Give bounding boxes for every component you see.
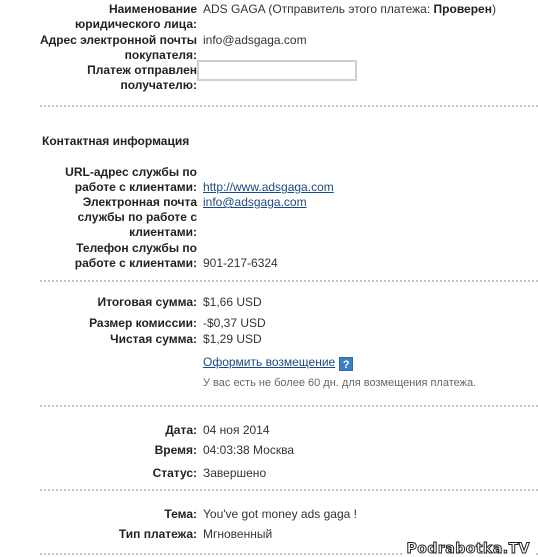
buyer-email-label: Адрес электронной почтыпокупателя: xyxy=(40,33,197,63)
refund-row: Оформить возмещение? xyxy=(203,355,353,371)
legal-name-value: ADS GAGA (Отправитель этого платежа: Про… xyxy=(203,2,496,17)
support-email-label: Электронная почтаслужбы по работе склиен… xyxy=(78,195,197,240)
redacted-recipient-box xyxy=(197,60,357,81)
support-url-label: URL-адрес службы поработе с клиентами: xyxy=(65,165,197,195)
total-amount-value: $1,66 USD xyxy=(203,295,262,310)
divider xyxy=(40,489,538,491)
status-value: Завершено xyxy=(203,466,266,481)
date-value: 04 ноя 2014 xyxy=(203,423,270,438)
payment-type-value: Мгновенный xyxy=(203,527,272,542)
divider xyxy=(40,280,538,282)
legal-name-label: Наименованиеюридического лица: xyxy=(75,2,197,32)
total-amount-label: Итоговая сумма: xyxy=(97,295,197,310)
status-label: Статус: xyxy=(153,466,197,481)
support-url-value[interactable]: http://www.adsgaga.com xyxy=(203,180,334,195)
fee-label: Размер комиссии: xyxy=(89,316,197,331)
divider xyxy=(40,105,538,107)
time-value: 04:03:38 Москва xyxy=(203,443,294,458)
support-url-link[interactable]: http://www.adsgaga.com xyxy=(203,180,334,194)
verified-status: Проверен xyxy=(434,2,492,16)
divider xyxy=(40,405,538,407)
contact-section-title: Контактная информация xyxy=(42,134,189,148)
buyer-email-value: info@adsgaga.com xyxy=(203,33,307,48)
payment-type-label: Тип платежа: xyxy=(119,527,197,542)
sent-to-label: Платеж отправленполучателю: xyxy=(87,63,197,93)
support-phone-label: Телефон службы поработе с клиентами: xyxy=(75,241,197,271)
support-email-value[interactable]: info@adsgaga.com xyxy=(203,195,307,210)
refund-link[interactable]: Оформить возмещение xyxy=(203,355,335,369)
watermark: Podrabotka.TV xyxy=(402,541,534,557)
support-phone-value: 901-217-6324 xyxy=(203,256,278,271)
date-label: Дата: xyxy=(165,423,197,438)
support-email-link[interactable]: info@adsgaga.com xyxy=(203,195,307,209)
refund-note: У вас есть не более 60 дн. для возмещени… xyxy=(203,377,476,389)
net-amount-value: $1,29 USD xyxy=(203,332,262,347)
help-icon[interactable]: ? xyxy=(339,357,353,371)
subject-value: You've got money ads gaga ! xyxy=(203,507,357,522)
net-amount-label: Чистая сумма: xyxy=(110,332,197,347)
time-label: Время: xyxy=(155,443,197,458)
subject-label: Тема: xyxy=(164,507,197,522)
fee-value: -$0,37 USD xyxy=(203,316,266,331)
